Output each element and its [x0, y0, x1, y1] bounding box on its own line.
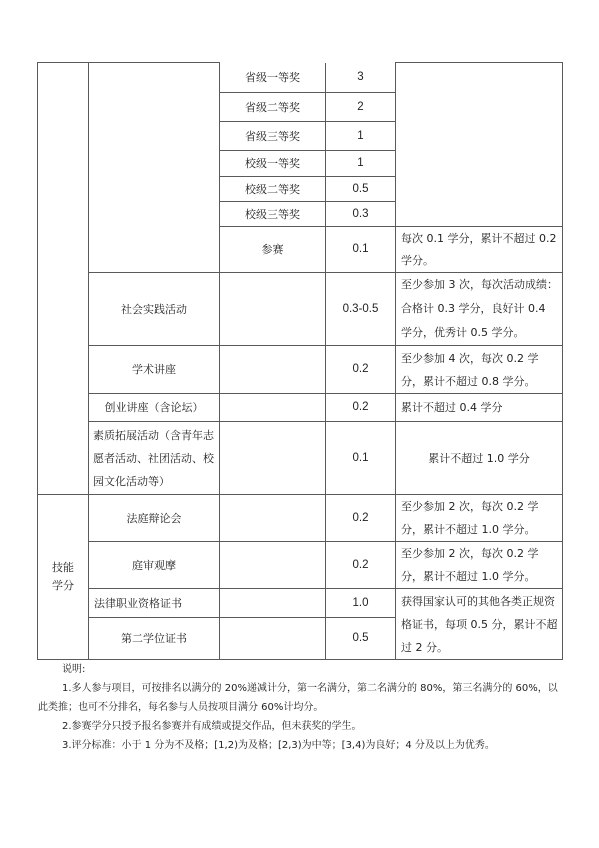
rule-note: 累计不超过 0.4 学分 — [396, 394, 563, 422]
level-cell-empty — [220, 589, 326, 618]
item-name: 素质拓展活动（含青年志愿者活动、社团活动、校园文化活动等） — [89, 422, 220, 495]
category-label-line1: 技能 — [43, 559, 83, 577]
category-cell-empty — [38, 63, 89, 495]
item-cell-empty — [89, 63, 220, 273]
rule-note: 每次 0.1 学分，累计不超过 0.2 学分。 — [396, 227, 563, 273]
level-cell-empty — [220, 618, 326, 660]
credit-value: 3 — [326, 63, 396, 93]
award-level: 校级二等奖 — [220, 177, 326, 202]
level-cell-empty — [220, 542, 326, 589]
rule-note: 至少参加 3 次，每次活动成绩：合格计 0.3 学分，良好计 0.4 学分，优秀… — [396, 273, 563, 346]
level-cell-empty — [220, 394, 326, 422]
credit-value: 0.5 — [326, 177, 396, 202]
credit-value: 0.2 — [326, 394, 396, 422]
table-row: 素质拓展活动（含青年志愿者活动、社团活动、校园文化活动等） 0.1 累计不超过 … — [38, 422, 563, 495]
table-row: 社会实践活动 0.3-0.5 至少参加 3 次，每次活动成绩：合格计 0.3 学… — [38, 273, 563, 346]
notes-section: 说明: 1.多人参与项目，可按排名以满分的 20%递减计分，第一名满分，第二名满… — [38, 660, 562, 755]
award-level: 省级三等奖 — [220, 122, 326, 151]
rule-note: 至少参加 4 次，每次 0.2 学分，累计不超过 0.8 学分。 — [396, 346, 563, 394]
level-cell-empty — [220, 495, 326, 542]
credit-value: 0.3 — [326, 202, 396, 227]
credit-value: 0.1 — [326, 422, 396, 495]
item-name: 庭审观摩 — [89, 542, 220, 589]
credit-value: 0.5 — [326, 618, 396, 660]
table-row: 庭审观摩 0.2 至少参加 2 次，每次 0.2 学分，累计不超过 1.0 学分… — [38, 542, 563, 589]
item-name: 学术讲座 — [89, 346, 220, 394]
table-row: 法律职业资格证书 1.0 获得国家认可的其他各类正规资格证书，每项 0.5 分，… — [38, 589, 563, 618]
credit-value: 0.2 — [326, 542, 396, 589]
note-cell-empty — [396, 63, 563, 227]
award-level: 校级一等奖 — [220, 151, 326, 177]
rule-note: 至少参加 2 次，每次 0.2 学分，累计不超过 1.0 学分。 — [396, 542, 563, 589]
credit-table: 省级一等奖 3 省级二等奖 2 省级三等奖 1 校级一等奖 1 校级二等奖 0.… — [37, 62, 563, 660]
rule-note: 至少参加 2 次，每次 0.2 学分，累计不超过 1.0 学分。 — [396, 495, 563, 542]
item-name: 法庭辩论会 — [89, 495, 220, 542]
award-level: 省级一等奖 — [220, 63, 326, 93]
item-name: 创业讲座（含论坛） — [89, 394, 220, 422]
award-level: 省级二等奖 — [220, 93, 326, 122]
credit-value: 0.1 — [326, 227, 396, 273]
credit-value: 0.2 — [326, 495, 396, 542]
table-row: 创业讲座（含论坛） 0.2 累计不超过 0.4 学分 — [38, 394, 563, 422]
item-name: 社会实践活动 — [89, 273, 220, 346]
award-level: 校级三等奖 — [220, 202, 326, 227]
table-row: 省级一等奖 3 — [38, 63, 563, 93]
category-skill-credits: 技能 学分 — [38, 495, 89, 660]
level-cell-empty — [220, 346, 326, 394]
note-item: 2.参赛学分只授予报名参赛并有成绩或提交作品，但未获奖的学生。 — [38, 717, 562, 736]
credit-value: 2 — [326, 93, 396, 122]
table-row: 学术讲座 0.2 至少参加 4 次，每次 0.2 学分，累计不超过 0.8 学分… — [38, 346, 563, 394]
item-name: 第二学位证书 — [89, 618, 220, 660]
note-item: 3.评分标准：小于 1 分为不及格；[1,2)为及格；[2,3)为中等；[3,4… — [38, 736, 562, 755]
rule-note: 获得国家认可的其他各类正规资格证书，每项 0.5 分，累计不超过 2 分。 — [396, 589, 563, 660]
award-level: 参赛 — [220, 227, 326, 273]
credit-value: 0.3-0.5 — [326, 273, 396, 346]
level-cell-empty — [220, 273, 326, 346]
table-row: 技能 学分 法庭辩论会 0.2 至少参加 2 次，每次 0.2 学分，累计不超过… — [38, 495, 563, 542]
notes-title: 说明: — [38, 660, 562, 679]
credit-value: 0.2 — [326, 346, 396, 394]
credit-value: 1.0 — [326, 589, 396, 618]
credit-value: 1 — [326, 122, 396, 151]
note-item: 1.多人参与项目，可按排名以满分的 20%递减计分，第一名满分，第二名满分的 8… — [38, 679, 562, 717]
category-label-line2: 学分 — [43, 577, 83, 595]
credit-value: 1 — [326, 151, 396, 177]
rule-note: 累计不超过 1.0 学分 — [396, 422, 563, 495]
item-name: 法律职业资格证书 — [89, 589, 220, 618]
level-cell-empty — [220, 422, 326, 495]
